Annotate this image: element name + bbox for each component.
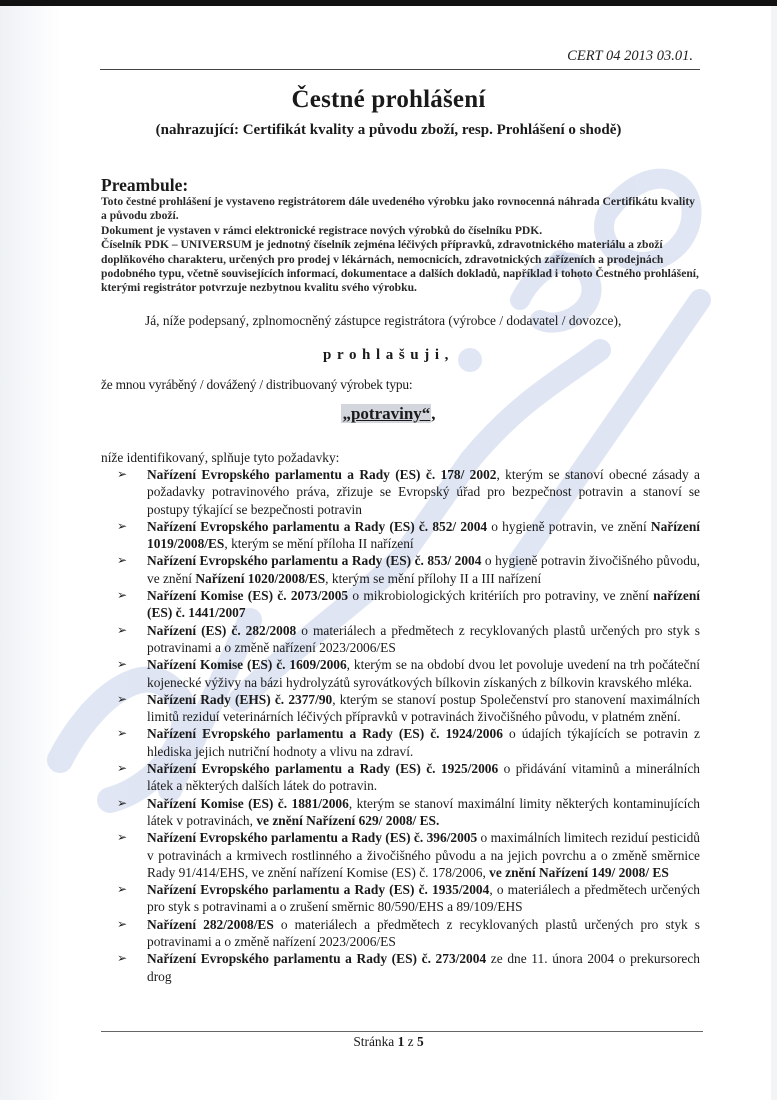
arrow-bullet-icon: ➢ xyxy=(117,622,127,639)
regulation-description: o hygieně potravin, ve znění xyxy=(487,519,651,534)
regulation-reference: Nařízení Evropského parlamentu a Rady (E… xyxy=(147,951,486,966)
regulation-reference: Nařízení Komise (ES) č. 1609/2006 xyxy=(147,657,347,672)
arrow-bullet-icon: ➢ xyxy=(117,725,127,742)
page-total: 5 xyxy=(417,1034,424,1049)
arrow-bullet-icon: ➢ xyxy=(117,881,127,898)
arrow-bullet-icon: ➢ xyxy=(117,760,127,777)
requirement-item: ➢Nařízení Evropského parlamentu a Rady (… xyxy=(117,881,700,916)
product-type-line: „potraviny“, xyxy=(0,404,777,424)
requirement-item: ➢Nařízení Komise (ES) č. 1609/2006, kter… xyxy=(117,656,700,691)
requirement-item: ➢Nařízení Rady (EHS) č. 2377/90, kterým … xyxy=(117,691,700,726)
regulation-reference: Nařízení Rady (EHS) č. 2377/90 xyxy=(147,692,332,707)
regulation-reference: Nařízení Komise (ES) č. 2073/2005 xyxy=(147,588,348,603)
regulation-reference: Nařízení Evropského parlamentu a Rady (E… xyxy=(147,467,496,482)
regulation-reference: Nařízení (ES) č. 282/2008 xyxy=(147,623,296,638)
page-current: 1 xyxy=(398,1034,405,1049)
arrow-bullet-icon: ➢ xyxy=(117,466,127,483)
declarant-intro: Já, níže podepsaný, zplnomocněný zástupc… xyxy=(145,313,621,329)
regulation-description: , kterým se mění přílohy II a III naříze… xyxy=(325,571,541,586)
requirement-item: ➢Nařízení Evropského parlamentu a Rady (… xyxy=(117,725,700,760)
regulation-description: o mikrobiologických kritériích pro potra… xyxy=(348,588,653,603)
scan-left-shadow xyxy=(0,6,60,1100)
document-title: Čestné prohlášení xyxy=(0,86,777,114)
page-separator: z xyxy=(408,1034,414,1049)
regulation-reference: Nařízení Evropského parlamentu a Rady (E… xyxy=(147,519,487,534)
preamble-paragraph: Toto čestné prohlášení je vystaveno regi… xyxy=(101,195,701,224)
arrow-bullet-icon: ➢ xyxy=(117,587,127,604)
requirement-item: ➢Nařízení (ES) č. 282/2008 o materiálech… xyxy=(117,622,700,657)
regulation-reference: Nařízení Komise (ES) č. 1881/2006 xyxy=(147,796,349,811)
preamble-heading: Preambule: xyxy=(101,175,188,196)
regulation-reference: Nařízení 282/2008/ES xyxy=(147,917,274,932)
preamble-text: Toto čestné prohlášení je vystaveno regi… xyxy=(101,195,701,296)
requirement-item: ➢Nařízení Evropského parlamentu a Rady (… xyxy=(117,518,700,553)
arrow-bullet-icon: ➢ xyxy=(117,916,127,933)
regulation-description: , kterým se mění příloha II nařízení xyxy=(224,536,413,551)
requirements-intro: níže identifikovaný, splňuje tyto požada… xyxy=(101,450,339,466)
product-type-value: „potraviny“ xyxy=(341,404,431,423)
declaration-heading: prohlašuji, xyxy=(0,347,777,364)
document-subtitle: (nahrazující: Certifikát kvality a původ… xyxy=(0,122,777,139)
product-type-label: že mnou vyráběný / dovážený / distribuov… xyxy=(101,377,412,393)
requirement-item: ➢Nařízení Evropského parlamentu a Rady (… xyxy=(117,552,700,587)
arrow-bullet-icon: ➢ xyxy=(117,950,127,967)
requirement-item: ➢Nařízení Evropského parlamentu a Rady (… xyxy=(117,829,700,881)
regulation-reference: Nařízení Evropského parlamentu a Rady (E… xyxy=(147,761,498,776)
arrow-bullet-icon: ➢ xyxy=(117,691,127,708)
arrow-bullet-icon: ➢ xyxy=(117,829,127,846)
page-indicator: Stránka 1 z 5 xyxy=(0,1034,777,1050)
preamble-paragraph: Dokument je vystaven v rámci elektronick… xyxy=(101,224,701,238)
arrow-bullet-icon: ➢ xyxy=(117,518,127,535)
header-divider xyxy=(100,69,700,70)
regulation-reference: Nařízení Evropského parlamentu a Rady (E… xyxy=(147,726,503,741)
regulation-reference: Nařízení Evropského parlamentu a Rady (E… xyxy=(147,830,477,845)
arrow-bullet-icon: ➢ xyxy=(117,552,127,569)
requirement-item: ➢Nařízení 282/2008/ES o materiálech a př… xyxy=(117,916,700,951)
requirement-item: ➢Nařízení Evropského parlamentu a Rady (… xyxy=(117,950,700,985)
footer-divider xyxy=(101,1031,703,1032)
document-code: CERT 04 2013 03.01. xyxy=(567,48,693,65)
scan-right-edge xyxy=(771,6,777,1100)
requirement-item: ➢Nařízení Komise (ES) č. 1881/2006, kter… xyxy=(117,795,700,830)
regulation-reference: Nařízení Evropského parlamentu a Rady (E… xyxy=(147,553,481,568)
regulation-reference: Nařízení 1020/2008/ES xyxy=(195,571,325,586)
scan-top-edge xyxy=(0,0,777,6)
preamble-paragraph: Číselník PDK – UNIVERSUM je jednotný čís… xyxy=(101,238,701,296)
regulation-reference: Nařízení Evropského parlamentu a Rady (E… xyxy=(147,882,489,897)
product-type-suffix: , xyxy=(431,404,435,423)
arrow-bullet-icon: ➢ xyxy=(117,795,127,812)
arrow-bullet-icon: ➢ xyxy=(117,656,127,673)
requirement-item: ➢Nařízení Evropského parlamentu a Rady (… xyxy=(117,466,700,518)
requirement-item: ➢Nařízení Komise (ES) č. 2073/2005 o mik… xyxy=(117,587,700,622)
requirements-list: ➢Nařízení Evropského parlamentu a Rady (… xyxy=(117,466,700,985)
page-label: Stránka xyxy=(353,1034,394,1049)
regulation-reference: ve znění Nařízení 149/ 2008/ ES xyxy=(489,865,669,880)
regulation-reference: ve znění Nařízení 629/ 2008/ ES. xyxy=(256,813,439,828)
requirement-item: ➢Nařízení Evropského parlamentu a Rady (… xyxy=(117,760,700,795)
